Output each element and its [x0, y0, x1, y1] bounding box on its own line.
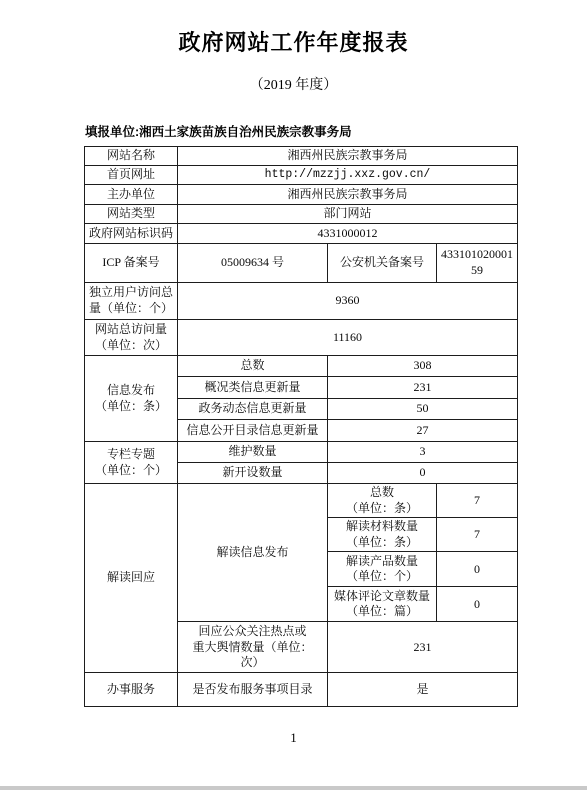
- interp-products-unit: （单位：个）: [330, 569, 434, 585]
- police-record-value: 43310102000159: [437, 244, 518, 283]
- page-number: 1: [0, 730, 587, 746]
- special-columns-unit: （单位：个）: [87, 463, 175, 479]
- table-row: 专栏专题 （单位：个） 维护数量 3: [85, 442, 518, 463]
- special-columns-label: 专栏专题: [87, 447, 175, 463]
- info-catalog-value: 27: [328, 420, 518, 442]
- website-type-label: 网站类型: [85, 205, 178, 224]
- new-columns-value: 0: [328, 463, 518, 484]
- table-row: 信息发布 （单位：条） 总数 308: [85, 356, 518, 377]
- table-row: 政府网站标识码 4331000012: [85, 224, 518, 244]
- report-table: 网站名称 湘西州民族宗教事务局 首页网址 http://mzzjj.xxz.go…: [84, 146, 518, 707]
- website-type-value: 部门网站: [178, 205, 518, 224]
- page-title: 政府网站工作年度报表: [0, 26, 587, 57]
- interp-materials-unit: （单位：条）: [330, 535, 434, 551]
- organizer-label: 主办单位: [85, 185, 178, 205]
- info-gov-news-value: 50: [328, 399, 518, 420]
- maintained-count-value: 3: [328, 442, 518, 463]
- service-catalog-label: 是否发布服务事项目录: [178, 673, 328, 707]
- info-gov-news-label: 政务动态信息更新量: [178, 399, 328, 420]
- table-row: 解读回应 解读信息发布 总数 （单位：条） 7: [85, 484, 518, 518]
- interp-products-label-text: 解读产品数量: [330, 554, 434, 570]
- service-catalog-value: 是: [328, 673, 518, 707]
- site-code-label: 政府网站标识码: [85, 224, 178, 244]
- interp-materials-value: 7: [437, 518, 518, 552]
- homepage-url-value: http://mzzjj.xxz.gov.cn/: [178, 166, 518, 185]
- interpretation-section-label: 解读回应: [85, 484, 178, 673]
- police-record-label: 公安机关备案号: [328, 244, 437, 283]
- table-row: 网站名称 湘西州民族宗教事务局: [85, 147, 518, 166]
- interpretation-publish-label: 解读信息发布: [178, 484, 328, 622]
- reporting-unit-line: 填报单位:湘西土家族苗族自治州民族宗教事务局: [85, 122, 352, 140]
- interp-media-label-text: 媒体评论文章数量: [330, 589, 434, 605]
- info-publish-label: 信息发布: [87, 383, 175, 399]
- unique-visitors-label: 独立用户访问总 量（单位：个）: [85, 283, 178, 320]
- interp-materials-label-text: 解读材料数量: [330, 519, 434, 535]
- table-row: 首页网址 http://mzzjj.xxz.gov.cn/: [85, 166, 518, 185]
- special-columns-section-label: 专栏专题 （单位：个）: [85, 442, 178, 484]
- interp-media-value: 0: [437, 587, 518, 622]
- interp-media-unit: （单位：篇）: [330, 604, 434, 620]
- total-visits-value: 11160: [178, 320, 518, 356]
- organizer-value: 湘西州民族宗教事务局: [178, 185, 518, 205]
- info-publish-section-label: 信息发布 （单位：条）: [85, 356, 178, 442]
- homepage-url-label: 首页网址: [85, 166, 178, 185]
- website-name-value: 湘西州民族宗教事务局: [178, 147, 518, 166]
- info-total-value: 308: [328, 356, 518, 377]
- interp-total-label-text: 总数: [330, 485, 434, 501]
- interp-total-value: 7: [437, 484, 518, 518]
- maintained-count-label: 维护数量: [178, 442, 328, 463]
- response-label: 回应公众关注热点或 重大舆情数量（单位： 次）: [178, 622, 328, 673]
- info-catalog-label: 信息公开目录信息更新量: [178, 420, 328, 442]
- document-page: 政府网站工作年度报表 （2019 年度） 填报单位:湘西土家族苗族自治州民族宗教…: [0, 0, 587, 790]
- new-columns-label: 新开设数量: [178, 463, 328, 484]
- website-name-label: 网站名称: [85, 147, 178, 166]
- info-overview-value: 231: [328, 377, 518, 399]
- interp-materials-label: 解读材料数量 （单位：条）: [328, 518, 437, 552]
- table-row: 办事服务 是否发布服务事项目录 是: [85, 673, 518, 707]
- interp-total-unit: （单位：条）: [330, 501, 434, 517]
- bottom-edge-bar: [0, 786, 587, 790]
- info-publish-unit: （单位：条）: [87, 399, 175, 415]
- icp-value: 05009634 号: [178, 244, 328, 283]
- table-row: 主办单位 湘西州民族宗教事务局: [85, 185, 518, 205]
- table-row: 网站总访问量 （单位：次） 11160: [85, 320, 518, 356]
- interp-media-label: 媒体评论文章数量 （单位：篇）: [328, 587, 437, 622]
- info-overview-label: 概况类信息更新量: [178, 377, 328, 399]
- table-row: ICP 备案号 05009634 号 公安机关备案号 4331010200015…: [85, 244, 518, 283]
- response-value: 231: [328, 622, 518, 673]
- info-total-label: 总数: [178, 356, 328, 377]
- unique-visitors-value: 9360: [178, 283, 518, 320]
- table-row: 独立用户访问总 量（单位：个） 9360: [85, 283, 518, 320]
- site-code-value: 4331000012: [178, 224, 518, 244]
- interp-total-label: 总数 （单位：条）: [328, 484, 437, 518]
- interp-products-label: 解读产品数量 （单位：个）: [328, 552, 437, 587]
- icp-label: ICP 备案号: [85, 244, 178, 283]
- table-row: 网站类型 部门网站: [85, 205, 518, 224]
- total-visits-label: 网站总访问量 （单位：次）: [85, 320, 178, 356]
- services-section-label: 办事服务: [85, 673, 178, 707]
- page-subtitle: （2019 年度）: [0, 74, 587, 94]
- interp-products-value: 0: [437, 552, 518, 587]
